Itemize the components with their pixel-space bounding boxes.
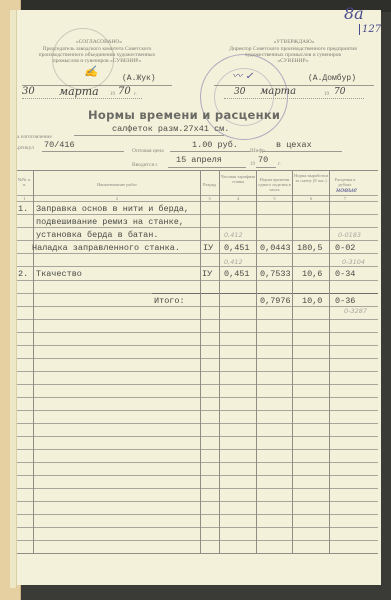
row-line bbox=[16, 501, 378, 502]
table-top-border bbox=[16, 170, 378, 171]
approval-right-date-month: марта bbox=[260, 86, 296, 97]
column-number: 7 bbox=[330, 196, 360, 201]
effective-label: Вводится с bbox=[132, 162, 158, 168]
header-rate: Часовая тарифная ставка bbox=[220, 174, 256, 184]
row-price-pencil: 0-3104 bbox=[342, 258, 365, 266]
archive-mark-top: 8а bbox=[344, 4, 364, 23]
document-page: 8а 127 «СОГЛАСОВАНО» Председатель заводс… bbox=[14, 10, 381, 585]
row-line bbox=[16, 332, 378, 333]
row-line bbox=[16, 410, 378, 411]
row-work-line: Наладка заправленного станка. bbox=[32, 243, 180, 253]
signature-right: 〰︎ ✓ bbox=[232, 67, 254, 82]
row-line bbox=[16, 266, 378, 267]
total-price-pencil: 0-3287 bbox=[344, 307, 367, 315]
effective-line bbox=[168, 167, 246, 168]
row-line bbox=[16, 240, 378, 241]
effective-value: 15 апреля bbox=[176, 155, 222, 165]
column-number: 3 bbox=[200, 196, 219, 201]
total-divider bbox=[152, 293, 378, 294]
column-divider bbox=[219, 170, 220, 553]
signature-left: ✍ bbox=[84, 65, 98, 78]
total-price: 0-36 bbox=[335, 296, 355, 306]
row-line bbox=[16, 514, 378, 515]
price-value: 1.00 руб. bbox=[192, 140, 238, 150]
header-work: Наименование работ bbox=[34, 182, 200, 187]
effective-year: 70 bbox=[258, 155, 268, 165]
row-time: 0,7533 bbox=[260, 269, 291, 279]
row-line bbox=[16, 397, 378, 398]
row-line bbox=[16, 436, 378, 437]
total-label: Итого: bbox=[154, 296, 185, 306]
row-line bbox=[16, 449, 378, 450]
date-line-left bbox=[22, 98, 142, 99]
row-line bbox=[16, 371, 378, 372]
approval-left-year-prefix: 19 bbox=[110, 92, 115, 97]
approval-left-name: (А.Жук) bbox=[122, 74, 156, 83]
row-work-line: установка берда в батан. bbox=[36, 230, 158, 240]
row-rate: 0,451 bbox=[224, 269, 250, 279]
page-edge bbox=[10, 10, 17, 588]
row-line bbox=[16, 358, 378, 359]
archive-mark-bottom: 127 bbox=[359, 24, 381, 35]
column-divider bbox=[200, 170, 201, 553]
approval-right-line-3: «СУВЕНИР» bbox=[210, 58, 376, 64]
header-grade: Разряд bbox=[200, 182, 219, 187]
approval-left-heading: «СОГЛАСОВАНО» bbox=[44, 39, 154, 45]
effective-year-line bbox=[256, 167, 276, 168]
row-output: 10,6 bbox=[302, 269, 322, 279]
date-line-right bbox=[224, 98, 364, 99]
effective-suffix: г. bbox=[278, 162, 281, 167]
table-bottom-border bbox=[16, 553, 378, 554]
approval-left-line-3: промыслов и сувениров «СУВЕНИР» bbox=[22, 58, 172, 64]
row-line bbox=[16, 280, 378, 281]
approval-left-date-month: марта bbox=[59, 85, 99, 98]
effective-year-prefix: 19 bbox=[250, 162, 255, 167]
row-line bbox=[16, 345, 378, 346]
code-value: в цехах bbox=[276, 140, 312, 150]
row-time: 0,0443 bbox=[260, 243, 291, 253]
column-number: 6 bbox=[293, 196, 329, 201]
column-number: 4 bbox=[220, 196, 256, 201]
column-divider bbox=[33, 170, 34, 553]
row-rate: 0,451 bbox=[224, 243, 250, 253]
row-rate-pencil: 0,412 bbox=[224, 231, 243, 239]
total-time: 0,7976 bbox=[260, 296, 291, 306]
approval-right-heading: «УТВЕРЖДАЮ» bbox=[244, 39, 344, 45]
article-value: 70/416 bbox=[44, 140, 75, 150]
column-number: 2 bbox=[34, 196, 200, 201]
price-line bbox=[170, 151, 250, 152]
header-num: №№ п. п. bbox=[16, 177, 33, 187]
row-line bbox=[16, 488, 378, 489]
row-price-pencil: 0-0183 bbox=[338, 231, 361, 239]
row-line bbox=[16, 462, 378, 463]
row-rate-pencil: 0,412 bbox=[224, 258, 243, 266]
price-label: Оптовая цена bbox=[132, 148, 164, 154]
row-work-line: подвешивание ремиз на станке, bbox=[36, 217, 184, 227]
row-line bbox=[16, 423, 378, 424]
row-line bbox=[16, 319, 378, 320]
code-line bbox=[262, 151, 342, 152]
approval-right-year-prefix: 19 bbox=[324, 92, 329, 97]
row-output: 180,5 bbox=[297, 243, 323, 253]
row-line bbox=[16, 253, 378, 254]
row-line bbox=[16, 527, 378, 528]
table-colnum-divider bbox=[16, 201, 378, 202]
row-line bbox=[16, 214, 378, 215]
header-output: Норма выработки за смену (8 час.) bbox=[293, 173, 329, 183]
header-handwritten-new: новые bbox=[336, 186, 357, 194]
row-grade: IУ bbox=[203, 243, 213, 253]
row-price: 0-34 bbox=[335, 269, 355, 279]
column-divider bbox=[329, 170, 330, 553]
row-line bbox=[16, 540, 378, 541]
row-price: 0-02 bbox=[335, 243, 355, 253]
row-num: 1. bbox=[18, 204, 28, 214]
approval-left-date-year: 70 bbox=[118, 86, 131, 97]
row-work-line: Ткачество bbox=[36, 269, 82, 279]
column-number: 1 bbox=[16, 196, 33, 201]
column-divider bbox=[256, 170, 257, 553]
row-line bbox=[16, 475, 378, 476]
total-output: 10,0 bbox=[302, 296, 322, 306]
row-work-line: Заправка основ в нити и берда, bbox=[36, 204, 189, 214]
row-line bbox=[16, 384, 378, 385]
subtitle-line bbox=[74, 135, 224, 136]
article-line bbox=[42, 151, 124, 152]
row-line bbox=[16, 306, 378, 307]
approval-right-date-day: 30 bbox=[234, 87, 245, 97]
approval-left-date-day: 30 bbox=[22, 86, 35, 97]
approval-right-date-year: 70 bbox=[334, 87, 345, 97]
approval-left-date-suffix: г. bbox=[134, 92, 137, 97]
row-grade: IУ bbox=[202, 269, 212, 279]
approval-right-name: (А.Домбур) bbox=[308, 74, 356, 83]
header-time: Норма времени одного изделия в часах bbox=[257, 177, 292, 192]
document-subtitle: салфеток разм.27х41 см. bbox=[112, 124, 229, 134]
document-title: Нормы времени и расценки bbox=[88, 108, 280, 122]
row-num: 2. bbox=[18, 269, 28, 279]
row-line bbox=[16, 227, 378, 228]
column-divider bbox=[292, 170, 293, 553]
column-number: 5 bbox=[257, 196, 292, 201]
